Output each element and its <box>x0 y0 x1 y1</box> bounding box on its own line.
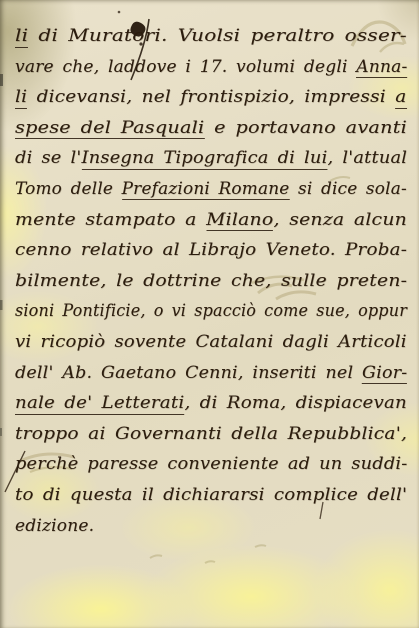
handwriting-segment: mente stampato a <box>15 210 206 230</box>
manuscript-line-text: dell' Ab. Gaetano Cenni, inseriti nel Gi… <box>15 358 407 389</box>
handwriting-segment: vi ricopiò sovente Catalani dagli Artico… <box>15 332 407 352</box>
manuscript-line-text: edizione. <box>15 511 94 542</box>
manuscript-line-8: cenno relativo al Librajo Veneto. Proba- <box>15 235 407 266</box>
manuscript-line-16: to di questa il dichiararsi complice del… <box>15 480 407 511</box>
manuscript-line-text: to di questa il dichiararsi complice del… <box>15 480 407 511</box>
underlined-phrase: nale de' Letterati <box>15 393 184 415</box>
manuscript-line-12: dell' Ab. Gaetano Cenni, inseriti nel Gi… <box>15 358 407 389</box>
manuscript-line-4: spese del Pasquali e portavano avanti <box>15 113 407 144</box>
manuscript-line-text: li dicevansi, nel frontispizio, impressi… <box>15 82 407 113</box>
handwriting-segment: dicevansi, nel frontispizio, impressi <box>27 87 395 107</box>
manuscript-line-9: bilmente, le dottrine che, sulle preten- <box>15 266 407 297</box>
handwriting-segment: di se l' <box>15 148 81 168</box>
handwriting-segment: , l'attual <box>327 148 407 168</box>
manuscript-line-14: troppo ai Governanti della Repubblica', <box>15 419 407 450</box>
underlined-phrase: Prefazioni Romane <box>122 179 290 201</box>
manuscript-line-text: cenno relativo al Librajo Veneto. Proba- <box>15 235 407 266</box>
handwriting-segment: bilmente, le dottrine che, sulle preten- <box>15 271 407 291</box>
underlined-phrase: a <box>395 87 406 109</box>
underlined-phrase: Gior- <box>362 363 407 385</box>
manuscript-line-5: di se l'Insegna Tipografica di lui, l'at… <box>15 143 407 174</box>
handwriting-segment: troppo ai Governanti della Repubblica', <box>15 424 407 444</box>
handwriting-segment: perchè paresse conveniente ad un suddi- <box>15 454 408 474</box>
handwriting-segment: to di questa il dichiararsi complice del… <box>15 485 407 505</box>
handwriting-segment: si dice sola- <box>289 179 406 199</box>
manuscript-line-text: nale de' Letterati, di Roma, dispiacevan <box>15 388 407 419</box>
manuscript-line-text: Tomo delle Prefazioni Romane si dice sol… <box>15 174 407 205</box>
manuscript-line-text: spese del Pasquali e portavano avanti <box>15 113 407 144</box>
handwriting-segment: edizione. <box>15 516 94 536</box>
underlined-phrase: Insegna Tipografica di lui <box>81 148 327 170</box>
manuscript-line-text: troppo ai Governanti della Repubblica', <box>15 419 407 450</box>
manuscript-line-text: bilmente, le dottrine che, sulle preten- <box>15 266 407 297</box>
manuscript-line-10: sioni Pontificie, o vi spacciò come sue,… <box>15 296 407 327</box>
manuscript-page: li di Muratori. Vuolsi peraltro osser-va… <box>0 0 419 628</box>
scan-edge-nicks <box>0 74 3 436</box>
manuscript-line-1: li di Muratori. Vuolsi peraltro osser- <box>15 21 407 52</box>
handwriting-segment: dell' Ab. Gaetano Cenni, inseriti nel <box>15 363 362 383</box>
handwriting-segment: vare che, laddove i 17. volumi degli <box>15 57 356 77</box>
manuscript-line-17: edizione. <box>15 511 407 542</box>
manuscript-line-3: li dicevansi, nel frontispizio, impressi… <box>15 82 407 113</box>
manuscript-line-text: sioni Pontificie, o vi spacciò come sue,… <box>15 296 407 327</box>
manuscript-line-7: mente stampato a Milano, senza alcun <box>15 205 407 236</box>
manuscript-line-text: li di Muratori. Vuolsi peraltro osser- <box>15 21 407 52</box>
manuscript-line-11: vi ricopiò sovente Catalani dagli Artico… <box>15 327 407 358</box>
manuscript-line-13: nale de' Letterati, di Roma, dispiacevan <box>15 388 407 419</box>
underlined-phrase: li <box>15 26 28 48</box>
underlined-phrase: li <box>15 87 27 109</box>
manuscript-line-text: di se l'Insegna Tipografica di lui, l'at… <box>15 143 407 174</box>
manuscript-text: li di Muratori. Vuolsi peraltro osser-va… <box>15 21 407 541</box>
handwriting-segment: Tomo delle <box>15 179 122 199</box>
handwriting-segment: cenno relativo al Librajo Veneto. Proba- <box>15 240 407 260</box>
handwriting-segment: , senza alcun <box>273 210 407 230</box>
underlined-phrase: spese del Pasquali <box>15 118 204 140</box>
manuscript-line-text: perchè paresse conveniente ad un suddi- <box>15 449 408 480</box>
handwriting-segment: e portavano avanti <box>204 118 407 138</box>
handwriting-segment: , di Roma, dispiacevan <box>184 393 407 413</box>
manuscript-line-2: vare che, laddove i 17. volumi degli Ann… <box>15 52 407 83</box>
handwriting-segment: sioni Pontificie, o vi spacciò come sue,… <box>15 301 407 321</box>
manuscript-line-6: Tomo delle Prefazioni Romane si dice sol… <box>15 174 407 205</box>
manuscript-line-15: perchè paresse conveniente ad un suddi- <box>15 449 407 480</box>
manuscript-line-text: mente stampato a Milano, senza alcun <box>15 205 407 236</box>
manuscript-line-text: vi ricopiò sovente Catalani dagli Artico… <box>15 327 407 358</box>
manuscript-line-text: vare che, laddove i 17. volumi degli Ann… <box>15 52 408 83</box>
underlined-phrase: Milano <box>206 210 273 232</box>
underlined-phrase: Anna- <box>356 57 407 79</box>
handwriting-segment: di Muratori. Vuolsi peraltro osser- <box>28 26 407 46</box>
